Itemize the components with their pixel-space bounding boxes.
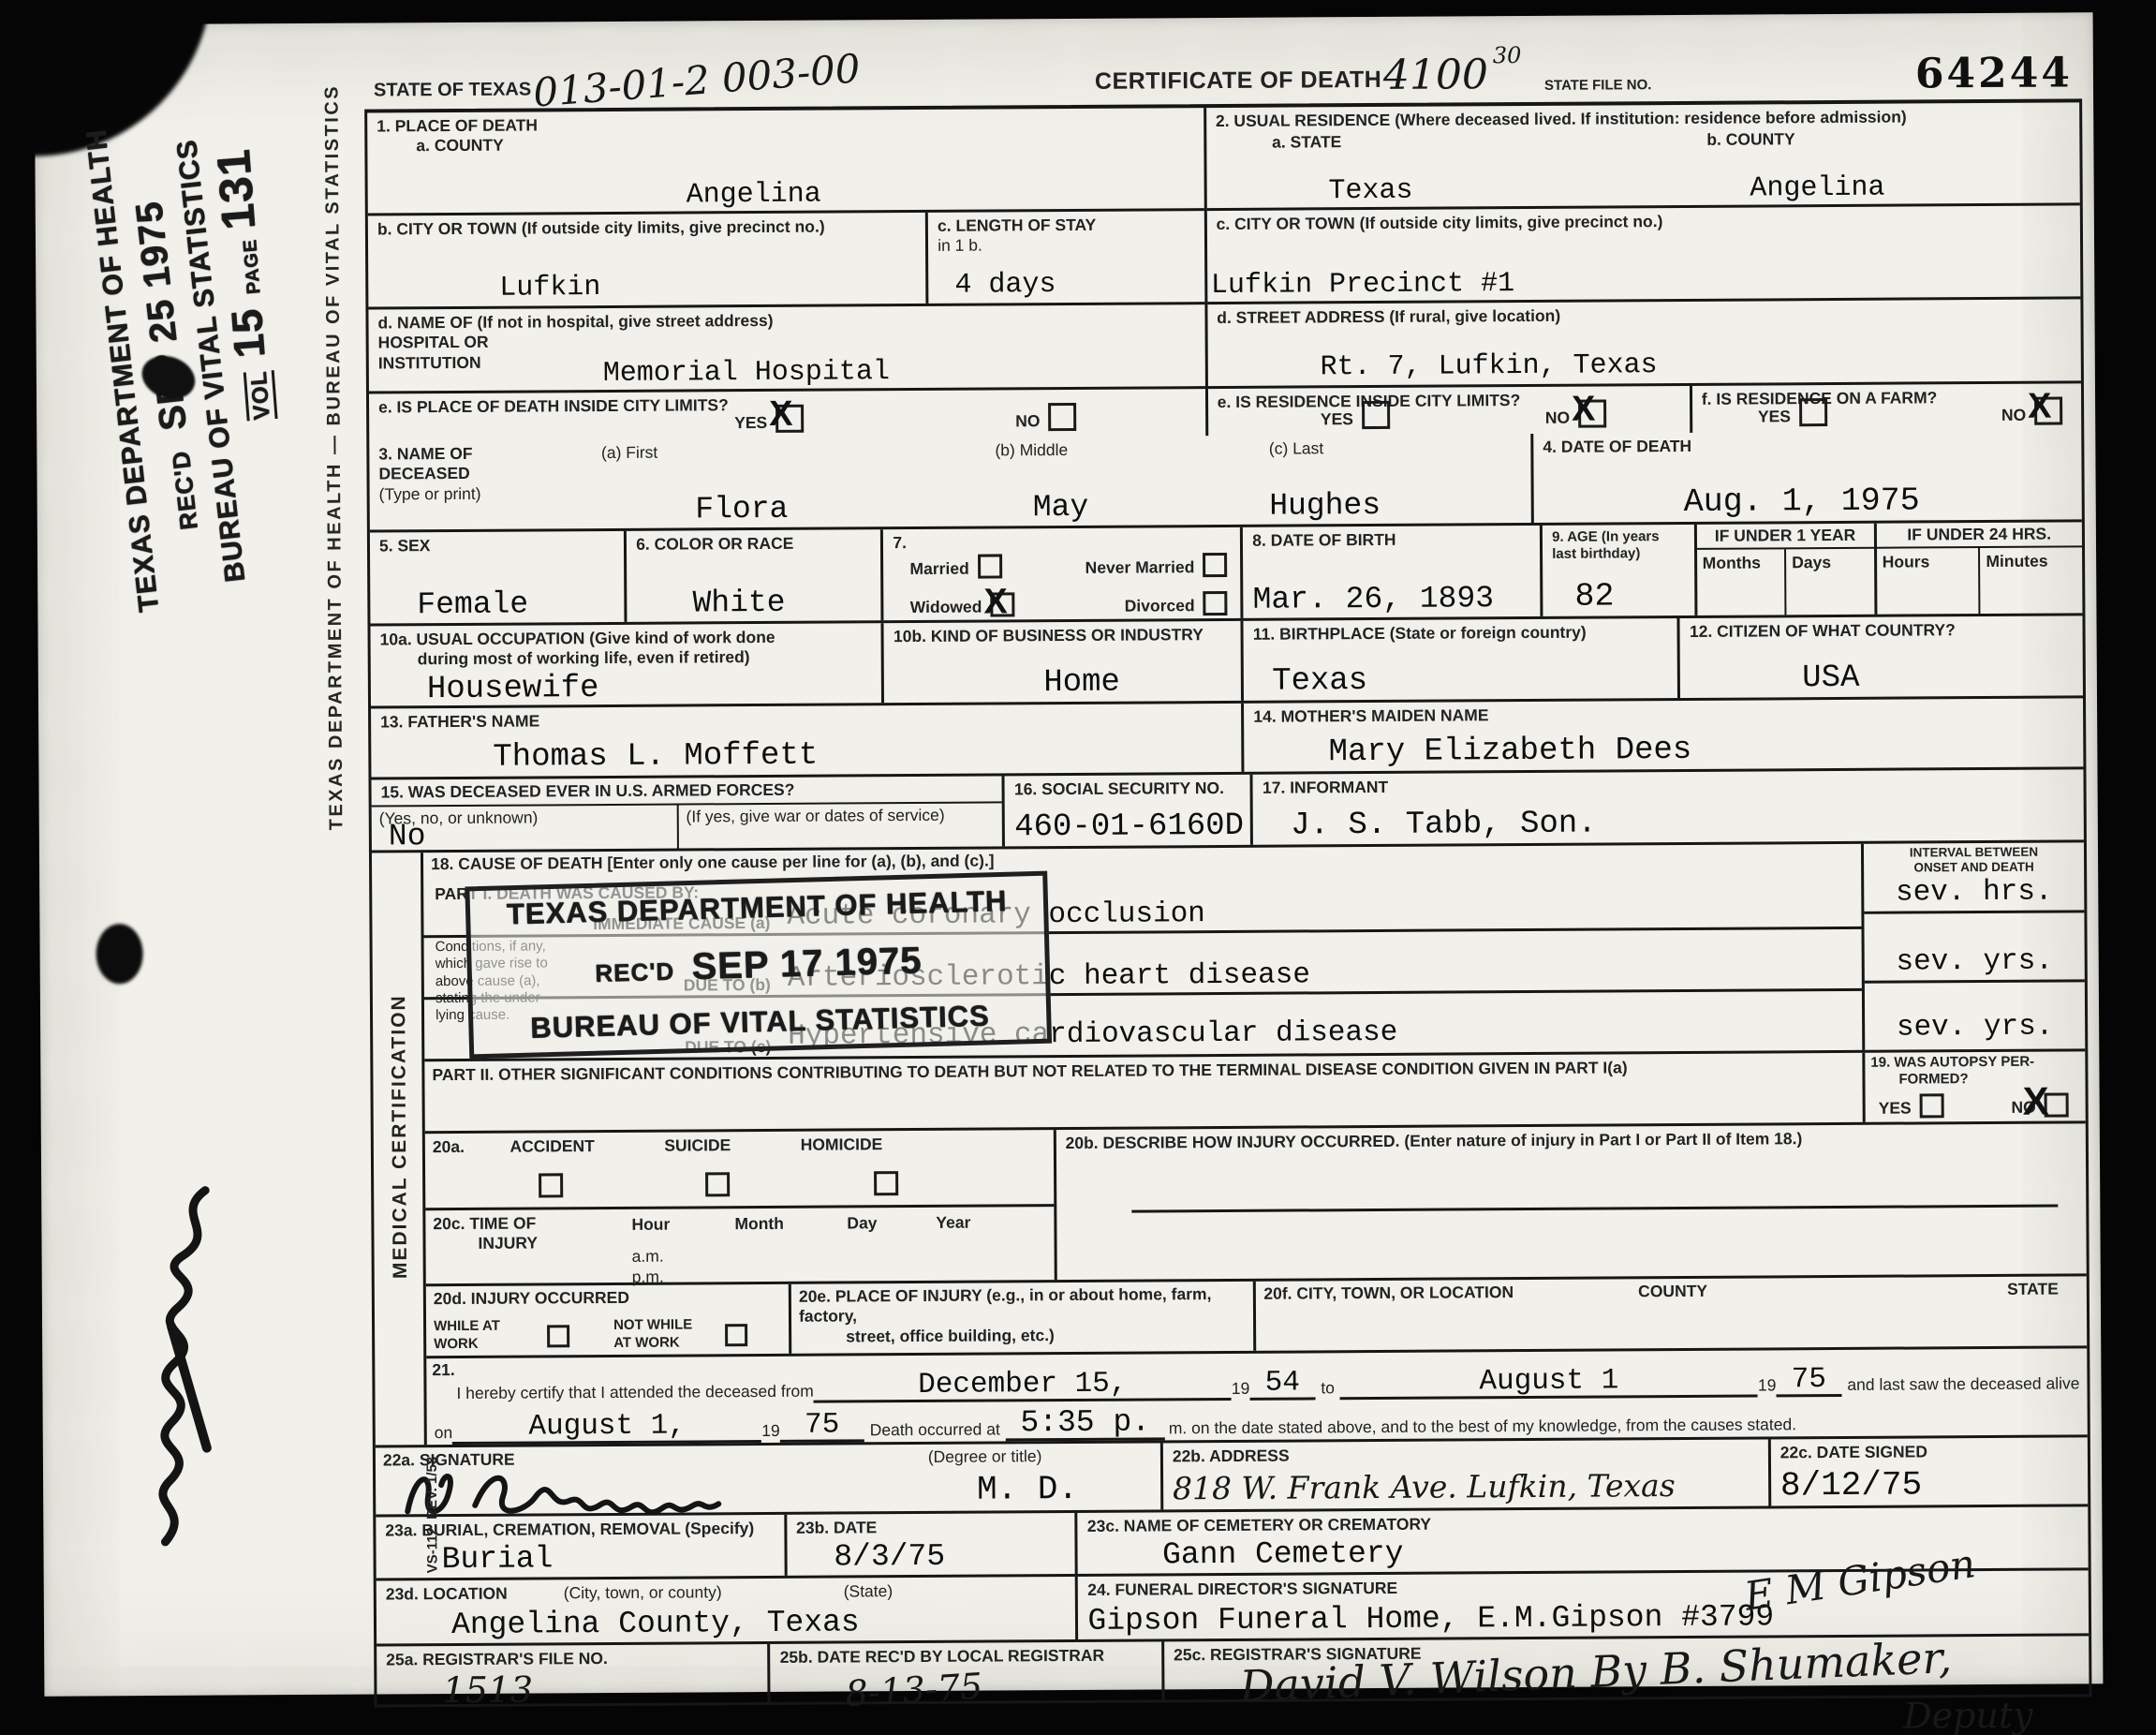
burial-date-cell: 23b. DATE 8/3/75: [787, 1513, 1078, 1576]
autopsy-yes-label: YES: [1879, 1098, 1912, 1117]
while-at-work-checkbox: [547, 1325, 569, 1347]
age-cell: 9. AGE (In years last birthday) 82: [1543, 525, 1697, 616]
date-of-birth-label: 8. DATE OF BIRTH: [1252, 529, 1530, 551]
business-industry-cell: 10b. KIND OF BUSINESS OR INDUSTRY Home: [884, 621, 1244, 703]
middle-name-label: (b) Middle: [995, 439, 1250, 461]
business-industry-label: 10b. KIND OF BUSINESS OR INDUSTRY: [893, 625, 1232, 647]
autopsy-yes-checkbox: [1920, 1093, 1944, 1118]
under-24-hrs-label: IF UNDER 24 HRS.: [1876, 522, 2082, 549]
accident-checkbox: [539, 1173, 563, 1197]
age-label2: last birthday): [1552, 545, 1685, 563]
color-race-cell: 6. COLOR OR RACE White: [627, 529, 884, 622]
residence-death-block: 1. PLACE OF DEATH a. COUNTY Angelina b. …: [367, 102, 2081, 440]
residence-limits-no-checkbox: X: [1578, 399, 1606, 427]
attended-to-year: 75: [1776, 1365, 1841, 1397]
armed-forces-cell: 15. WAS DECEASED EVER IN U.S. ARMED FORC…: [372, 776, 1006, 850]
ink-dot: [96, 924, 142, 984]
form-code-label: VS-112. REV. 1/58: [423, 1386, 442, 1573]
first-name-value: Flora: [601, 493, 977, 526]
last-alive-year: 75: [780, 1410, 864, 1443]
date-signed-value: 8/12/75: [1780, 1467, 2078, 1503]
not-while-at-work-checkbox: [725, 1324, 747, 1346]
certify-text-1: I hereby certify that I attended the dec…: [456, 1381, 813, 1403]
marital-status-cell: 7. Married Never Married WidowedX Divorc…: [883, 527, 1243, 620]
residence-limits-yes-checkbox: [1362, 401, 1390, 429]
left-edge-caption: TEXAS DEPARTMENT OF HEALTH — BUREAU OF V…: [322, 118, 348, 830]
sex-race-age-row: 5. SEX Female 6. COLOR OR RACE White 7. …: [370, 522, 2083, 626]
date-of-birth-cell: 8. DATE OF BIRTH Mar. 26, 1893: [1243, 526, 1543, 618]
farm-yes-checkbox: [1799, 398, 1827, 426]
degree-value: M. D.: [977, 1473, 1078, 1507]
occupation-row: 10a. USUAL OCCUPATION (Give kind of work…: [370, 615, 2083, 708]
vol-value: 15: [222, 306, 274, 360]
married-checkbox: [978, 555, 1002, 579]
accident-label: ACCIDENT: [509, 1136, 595, 1156]
burial-location-cell: 23d. LOCATION (City, town, or county) (S…: [377, 1577, 1079, 1644]
item-21-number: 21.: [432, 1360, 454, 1380]
length-of-stay-value: 4 days: [954, 271, 1056, 300]
registrar-date-cell: 25b. DATE REC'D BY LOCAL REGISTRAR 8-13-…: [771, 1641, 1165, 1702]
usual-residence-title: 2. USUAL RESIDENCE (Where deceased lived…: [1216, 106, 2070, 131]
street-address-label: d. STREET ADDRESS (If rural, give locati…: [1217, 303, 2071, 328]
scanned-death-certificate: TEXAS DEPARTMENT OF HEALTH REC'D SEP 25 …: [0, 0, 2156, 1735]
margin-scrawl: [116, 1176, 250, 1570]
under-1-year-cell: IF UNDER 1 YEAR Months Days: [1697, 524, 1878, 615]
registrar-signature-deputy: Deputy: [1903, 1695, 2033, 1735]
death-limits-yes-label: YES: [734, 413, 767, 432]
interval-column: INTERVAL BETWEEN ONSET AND DEATH sev. hr…: [1864, 842, 2085, 1049]
date-of-birth-value: Mar. 26, 1893: [1252, 583, 1530, 615]
day-label: Day: [847, 1213, 877, 1234]
age-value: 82: [1552, 580, 1685, 614]
sex-value: Female: [379, 588, 614, 621]
autopsy-label: 19. WAS AUTOPSY PER-: [1870, 1053, 2079, 1072]
name-title1: 3. NAME OF: [378, 443, 583, 465]
parents-row: 13. FATHER'S NAME Thomas L. Moffett 14. …: [371, 698, 2083, 779]
middle-name-cell: (b) Middle May: [985, 436, 1260, 526]
armed-forces-label: 15. WAS DECEASED EVER IN U.S. ARMED FORC…: [372, 776, 1003, 807]
divorced-label: Divorced: [1125, 596, 1195, 615]
location-label: 23d. LOCATION: [386, 1584, 508, 1605]
service-ssn-informant-row: 15. WAS DECEASED EVER IN U.S. ARMED FORC…: [372, 769, 2084, 853]
name-of-deceased-cell: 3. NAME OF DECEASED (Type or print): [369, 439, 592, 529]
part2-autopsy-row: PART II. OTHER SIGNIFICANT CONDITIONS CO…: [424, 1051, 2085, 1134]
interval-a-line: sev. hrs.: [1864, 843, 2084, 913]
color-race-label: 6. COLOR OR RACE: [636, 533, 871, 555]
handwritten-certificate-number: 4100: [1383, 51, 1488, 99]
never-married-label: Never Married: [1085, 558, 1195, 578]
date-of-death-label: 4. DATE OF DEATH: [1543, 434, 2072, 457]
stamp-date: SEP 17 1975: [691, 940, 923, 987]
residence-state-label: a. STATE: [1272, 133, 1341, 154]
physician-signature-cell: 22a. SIGNATURE (Degree or title) M. D.: [376, 1443, 1163, 1514]
place-of-death-column: 1. PLACE OF DEATH a. COUNTY Angelina b. …: [367, 108, 1208, 440]
ssn-value: 460-01-6160D: [1014, 810, 1241, 843]
attended-from-year: 54: [1249, 1368, 1315, 1400]
physician-signature-script: [394, 1455, 769, 1522]
month-label: Month: [734, 1214, 784, 1235]
to-year-prefix: 19: [1758, 1375, 1777, 1395]
certify-text-2: and last saw the deceased alive: [1841, 1373, 2079, 1395]
under-1-year-label: IF UNDER 1 YEAR: [1697, 524, 1874, 550]
residence-limits-no-mark: X: [1572, 389, 1596, 429]
registrar-file-label: 25a. REGISTRAR'S FILE NO.: [386, 1648, 759, 1670]
burial-date-label: 23b. DATE: [796, 1517, 1066, 1538]
accident-row-label: 20a.: [433, 1137, 465, 1156]
interval-b-value: sev. yrs.: [1896, 947, 2053, 977]
usual-occupation-label2: during most of working life, even if ret…: [418, 647, 873, 670]
burial-date-value: 8/3/75: [796, 1540, 1066, 1573]
sex-cell: 5. SEX Female: [370, 531, 628, 624]
birthplace-cell: 11. BIRTHPLACE (State or foreign country…: [1244, 618, 1681, 701]
state-file-no-label: STATE FILE NO.: [1544, 77, 1652, 95]
burial-location-value: Angelina County, Texas: [386, 1606, 1067, 1640]
hospital-value: Memorial Hospital: [603, 358, 890, 388]
address-value: 818 W. Frank Ave. Lufkin, Texas: [1173, 1467, 1759, 1507]
name-title2: DECEASED: [378, 464, 583, 485]
burial-type-label: 23a. BURIAL, CREMATION, REMOVAL (Specify…: [385, 1519, 775, 1541]
attended-to-date: August 1: [1340, 1366, 1758, 1401]
injury-county-label: COUNTY: [1638, 1282, 1707, 1302]
describe-injury-label: 20b. DESCRIBE HOW INJURY OCCURRED. (Ente…: [1066, 1127, 2076, 1153]
death-limits-no-label: NO: [1015, 411, 1040, 430]
interval-b-line: sev. yrs.: [1864, 912, 2084, 983]
birthplace-value: Texas: [1253, 663, 1668, 698]
length-of-stay-sublabel: in 1 b.: [938, 235, 1195, 257]
color-race-value: White: [636, 586, 871, 619]
time-of-death-value: 5:35 p.: [1006, 1406, 1165, 1441]
date-signed-cell: 22c. DATE SIGNED 8/12/75: [1771, 1437, 2089, 1505]
citizen-label: 12. CITIZEN OF WHAT COUNTRY?: [1690, 619, 2074, 642]
certify-text-4: m. on the date stated above, and to the …: [1165, 1415, 1796, 1438]
autopsy-no-checkbox: X: [2045, 1092, 2069, 1117]
part2-label: PART II. OTHER SIGNIFICANT CONDITIONS CO…: [424, 1053, 1865, 1131]
usual-occupation-value: Housewife: [427, 673, 599, 705]
mothers-maiden-name-cell: 14. MOTHER'S MAIDEN NAME Mary Elizabeth …: [1244, 698, 2083, 771]
form-header: STATE OF TEXAS 013-01-2 003-00 CERTIFICA…: [364, 37, 2082, 109]
last-alive-date: August 1,: [452, 1411, 761, 1445]
suicide-label: SUICIDE: [664, 1135, 731, 1154]
stamp-line1: TEXAS DEPARTMENT OF HEALTH: [506, 884, 1007, 931]
homicide-checkbox: [874, 1171, 898, 1195]
cause-of-death-row: 18. CAUSE OF DEATH [Enter only one cause…: [423, 842, 2085, 1061]
place-of-injury-label2: street, office building, etc.): [846, 1325, 1247, 1347]
farm-no-mark: X: [2028, 386, 2052, 426]
registrar-file-cell: 25a. REGISTRAR'S FILE NO. 1513: [377, 1644, 771, 1705]
location-director-row: 23d. LOCATION (City, town, or county) (S…: [377, 1570, 2089, 1646]
medical-certification-label: MEDICAL CERTIFICATION: [387, 940, 413, 1333]
mothers-maiden-name-value: Mary Elizabeth Dees: [1254, 732, 2075, 768]
usual-occupation-cell: 10a. USUAL OCCUPATION (Give kind of work…: [370, 623, 884, 705]
degree-or-title-label: (Degree or title): [928, 1446, 1042, 1466]
registrar-signature-cell: 25c. REGISTRAR'S SIGNATURE David V. Wils…: [1164, 1636, 2089, 1699]
citizen-value: USA: [1690, 660, 2074, 695]
vol-label: VOL: [244, 370, 278, 422]
certificate-form: STATE OF TEXAS 013-01-2 003-00 CERTIFICA…: [364, 37, 2092, 1707]
age-label: 9. AGE (In years: [1552, 528, 1685, 546]
injury-row-1: 20a. ACCIDENT SUICIDE HOMICIDE 20c. TIME…: [425, 1123, 2087, 1286]
first-name-label: (a) First: [601, 441, 977, 464]
to-word: to: [1315, 1378, 1340, 1399]
residence-county-label: b. COUNTY: [1706, 130, 1794, 151]
county-value: Angelina: [687, 181, 821, 210]
bureau-received-stamp: TEXAS DEPARTMENT OF HEALTH REC'D SEP 17 …: [465, 871, 1052, 1060]
armed-forces-sub2: (If yes, give war or dates of service): [678, 804, 1002, 849]
certificate-title: CERTIFICATE OF DEATH: [1095, 65, 1381, 95]
length-of-stay-label: c. LENGTH OF STAY: [938, 215, 1195, 236]
interval-a-value: sev. hrs.: [1896, 878, 2053, 908]
autopsy-no-mark: X: [2022, 1078, 2048, 1123]
death-limits-yes-checkbox: X: [775, 404, 804, 432]
date-signed-label: 22c. DATE SIGNED: [1780, 1441, 2078, 1462]
date-of-death-cell: 4. DATE OF DEATH Aug. 1, 1975: [1533, 430, 2082, 523]
ssn-cell: 16. SOCIAL SECURITY NO. 460-01-6160D: [1005, 775, 1254, 847]
last-name-value: Hughes: [1269, 489, 1522, 522]
first-name-cell: (a) First Flora: [592, 437, 986, 529]
name-title3: (Type or print): [379, 483, 583, 505]
registrar-file-value: 1513: [386, 1668, 759, 1711]
signature-row: 22a. SIGNATURE (Degree or title) M. D. 2…: [376, 1437, 2088, 1517]
state-file-number: 64244: [1915, 49, 2073, 97]
business-industry-value: Home: [893, 666, 1232, 700]
alive-year-prefix: 19: [761, 1421, 780, 1441]
location-sub1: (City, town, or county): [564, 1582, 722, 1603]
year-label: Year: [936, 1213, 970, 1234]
registrar-row: 25a. REGISTRAR'S FILE NO. 1513 25b. DATE…: [377, 1636, 2089, 1704]
medical-certification-gutter: MEDICAL CERTIFICATION: [372, 853, 427, 1445]
birthplace-label: 11. BIRTHPLACE (State or foreign country…: [1253, 622, 1668, 645]
residence-city-label: c. CITY OR TOWN (If outside city limits,…: [1217, 209, 2071, 234]
farm-no-label: NO: [2001, 405, 2026, 423]
months-label: Months: [1697, 550, 1787, 615]
farm-yes-label: YES: [1758, 407, 1791, 425]
not-while-at-work-label2: AT WORK: [613, 1334, 680, 1350]
residence-limits-yes-label: YES: [1321, 409, 1353, 428]
location-sub2: (State): [844, 1581, 893, 1602]
fathers-name-label: 13. FATHER'S NAME: [380, 707, 1232, 733]
fathers-name-value: Thomas L. Moffett: [380, 737, 1232, 775]
page-value: 131: [207, 147, 265, 231]
informant-value: J. S. Tabb, Son.: [1263, 805, 2075, 841]
state-of-texas-label: STATE OF TEXAS: [374, 78, 531, 101]
hours-label: Hours: [1877, 548, 1981, 614]
address-label: 22b. ADDRESS: [1173, 1444, 1759, 1467]
stamp-line3: BUREAU OF VITAL STATISTICS: [530, 999, 990, 1045]
under-24-hrs-cell: IF UNDER 24 HRS. Hours Minutes: [1876, 522, 2082, 614]
form-grid: 1. PLACE OF DEATH a. COUNTY Angelina b. …: [364, 98, 2091, 1707]
widowed-label: Widowed: [910, 597, 982, 615]
funeral-director-value: Gipson Funeral Home, E.M.Gipson #3799: [1087, 1599, 2079, 1636]
minutes-label: Minutes: [1980, 548, 2082, 614]
widowed-mark: X: [983, 582, 1008, 622]
handwritten-certificate-number-sup: 30: [1493, 42, 1522, 68]
homicide-label: HOMICIDE: [801, 1134, 883, 1154]
middle-name-value: May: [996, 491, 1251, 524]
attended-from-date: December 15,: [814, 1369, 1232, 1403]
married-label: Married: [909, 559, 968, 578]
residence-city-value: Lufkin Precinct #1: [1211, 270, 1514, 300]
page-label: PAGE: [240, 238, 264, 295]
injury-row-2: 20d. INJURY OCCURRED WHILE ATWORK NOT WH…: [426, 1276, 2087, 1358]
usual-residence-column: 2. USUAL RESIDENCE (Where deceased lived…: [1206, 102, 2081, 436]
divorced-checkbox: [1204, 591, 1228, 615]
ssn-label: 16. SOCIAL SECURITY NO.: [1014, 779, 1241, 800]
residence-city-limits-label: e. IS RESIDENCE INSIDE CITY LIMITS?: [1218, 390, 1680, 412]
fathers-name-cell: 13. FATHER'S NAME Thomas L. Moffett: [371, 704, 1245, 778]
death-occurred-text: Death occurred at: [864, 1419, 1006, 1440]
last-name-cell: (c) Last Hughes: [1260, 434, 1534, 525]
interval-c-value: sev. yrs.: [1897, 1013, 2054, 1043]
from-year-prefix: 19: [1232, 1378, 1250, 1398]
residence-limits-no-label: NO: [1545, 408, 1570, 426]
injury-occurred-label: 20d. INJURY OCCURRED: [434, 1287, 781, 1310]
interval-c-line: sev. yrs.: [1865, 982, 2085, 1049]
am-label: a.m.: [632, 1247, 664, 1268]
name-date-row: 3. NAME OF DECEASED (Type or print) (a) …: [369, 430, 2082, 532]
marital-number-label: 7.: [893, 531, 1231, 554]
certificate-paper: TEXAS DEPARTMENT OF HEALTH REC'D SEP 25 …: [35, 12, 2104, 1696]
mothers-maiden-name-label: 14. MOTHER'S MAIDEN NAME: [1253, 702, 2074, 727]
armed-forces-value: No: [389, 821, 426, 852]
death-limits-yes-mark: X: [769, 393, 793, 434]
while-at-work-label1: WHILE AT: [434, 1318, 500, 1334]
residence-county-value: Angelina: [1750, 174, 1884, 203]
date-of-death-value: Aug. 1, 1975: [1543, 483, 2073, 519]
informant-cell: 17. INFORMANT J. S. Tabb, Son.: [1253, 769, 2084, 844]
farm-no-checkbox: X: [2034, 396, 2062, 424]
physician-address-cell: 22b. ADDRESS 818 W. Frank Ave. Lufkin, T…: [1163, 1439, 1771, 1509]
handwritten-registration-code: 013-01-2 003-00: [532, 45, 863, 115]
city-town-location-label: 20f. CITY, TOWN, OR LOCATION: [1263, 1283, 1514, 1303]
hour-label: Hour: [631, 1215, 670, 1236]
sex-label: 5. SEX: [379, 535, 614, 556]
city-or-town-label: b. CITY OR TOWN (If outside city limits,…: [377, 216, 916, 240]
city-or-town-value: Lufkin: [499, 274, 600, 303]
cemetery-label: 23c. NAME OF CEMETERY OR CREMATORY: [1087, 1510, 2079, 1536]
street-address-value: Rt. 7, Lufkin, Texas: [1320, 351, 1657, 381]
injury-state-label: STATE: [2007, 1280, 2059, 1300]
last-name-label: (c) Last: [1269, 437, 1522, 459]
while-at-work-label2: WORK: [434, 1336, 479, 1352]
burial-type-value: Burial: [385, 1542, 775, 1576]
received-stamp-recd: REC'D: [167, 450, 203, 532]
never-married-checkbox: [1203, 553, 1227, 577]
funeral-director-cell: 24. FUNERAL DIRECTOR'S SIGNATURE E M Gip…: [1078, 1570, 2089, 1639]
not-while-at-work-label1: NOT WHILE: [613, 1317, 692, 1334]
place-of-injury-label: 20e. PLACE OF INJURY (e.g., in or about …: [799, 1284, 1247, 1327]
death-limits-no-checkbox: [1048, 403, 1076, 431]
citizen-cell: 12. CITIZEN OF WHAT COUNTRY? USA: [1680, 615, 2083, 698]
medical-certification-block: MEDICAL CERTIFICATION 18. CAUSE OF DEATH…: [372, 842, 2088, 1447]
days-label: Days: [1786, 549, 1874, 615]
widowed-checkbox: X: [990, 592, 1014, 616]
describe-injury-writing-line: [1131, 1205, 2058, 1213]
residence-state-value: Texas: [1328, 177, 1412, 206]
informant-label: 17. INFORMANT: [1263, 773, 2075, 798]
certification-statement: 21. I hereby certify that I attended the…: [426, 1348, 2088, 1445]
time-of-injury-label: 20c. TIME OF: [433, 1213, 536, 1233]
suicide-checkbox: [705, 1172, 730, 1196]
stamp-recd: REC'D: [595, 956, 675, 986]
